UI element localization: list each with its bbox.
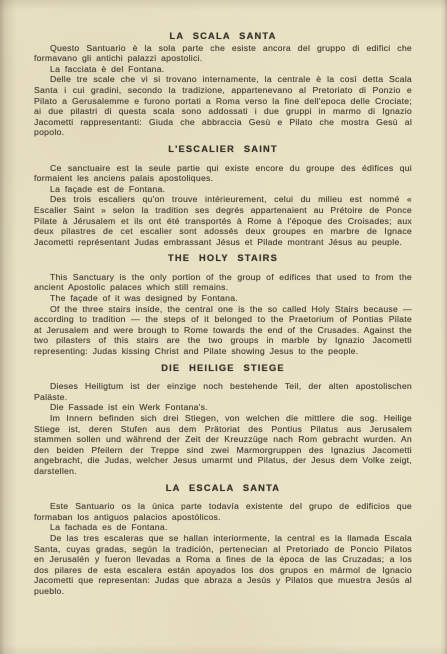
section-heading-spanish: LA ESCALA SANTA <box>34 483 412 494</box>
paragraph: De las tres escaleras que se hallan inte… <box>34 533 412 597</box>
paragraph: This Sanctuary is the only portion of th… <box>34 272 412 293</box>
paragraph: Delle tre scale che vi si trovano intern… <box>34 74 412 138</box>
paragraph: La façade est de Fontana. <box>34 184 412 195</box>
page-text-block: LA SCALA SANTA Questo Santuario è la sol… <box>34 31 412 597</box>
paragraph: Ce sanctuaire est la seule partie qui ex… <box>34 163 412 184</box>
section-spanish: LA ESCALA SANTA Este Santuario os la úni… <box>34 483 412 597</box>
paragraph: La facciata è del Fontana. <box>34 64 412 75</box>
paragraph: Of the three stairs inside, the central … <box>34 304 412 357</box>
paragraph: Este Santuario os la única parte todavía… <box>34 501 412 522</box>
paragraph: La fachada es de Fontana. <box>34 522 412 533</box>
paragraph: Dieses Heiligtum ist der einzige noch be… <box>34 381 412 402</box>
paragraph: Im Innern befinden sich drei Stiegen, vo… <box>34 413 412 477</box>
paragraph: The façade of it was designed by Fontana… <box>34 293 412 304</box>
section-heading-french: L'ESCALIER SAINT <box>34 144 412 155</box>
section-english: THE HOLY STAIRS This Sanctuary is the on… <box>34 253 412 356</box>
paragraph: Questo Santuario è la sola parte che esi… <box>34 43 412 64</box>
scanned-page: LA SCALA SANTA Questo Santuario è la sol… <box>0 0 447 654</box>
paragraph: Die Fassade ist ein Werk Fontana's. <box>34 402 412 413</box>
section-german: DIE HEILIGE STIEGE Dieses Heiligtum ist … <box>34 363 412 477</box>
section-heading-german: DIE HEILIGE STIEGE <box>34 363 412 374</box>
section-heading-english: THE HOLY STAIRS <box>34 253 412 264</box>
section-italian: LA SCALA SANTA Questo Santuario è la sol… <box>34 31 412 138</box>
section-heading-italian: LA SCALA SANTA <box>34 31 412 42</box>
section-french: L'ESCALIER SAINT Ce sanctuaire est la se… <box>34 144 412 247</box>
paragraph: Des trois escaliers qu'on trouve intérie… <box>34 194 412 247</box>
